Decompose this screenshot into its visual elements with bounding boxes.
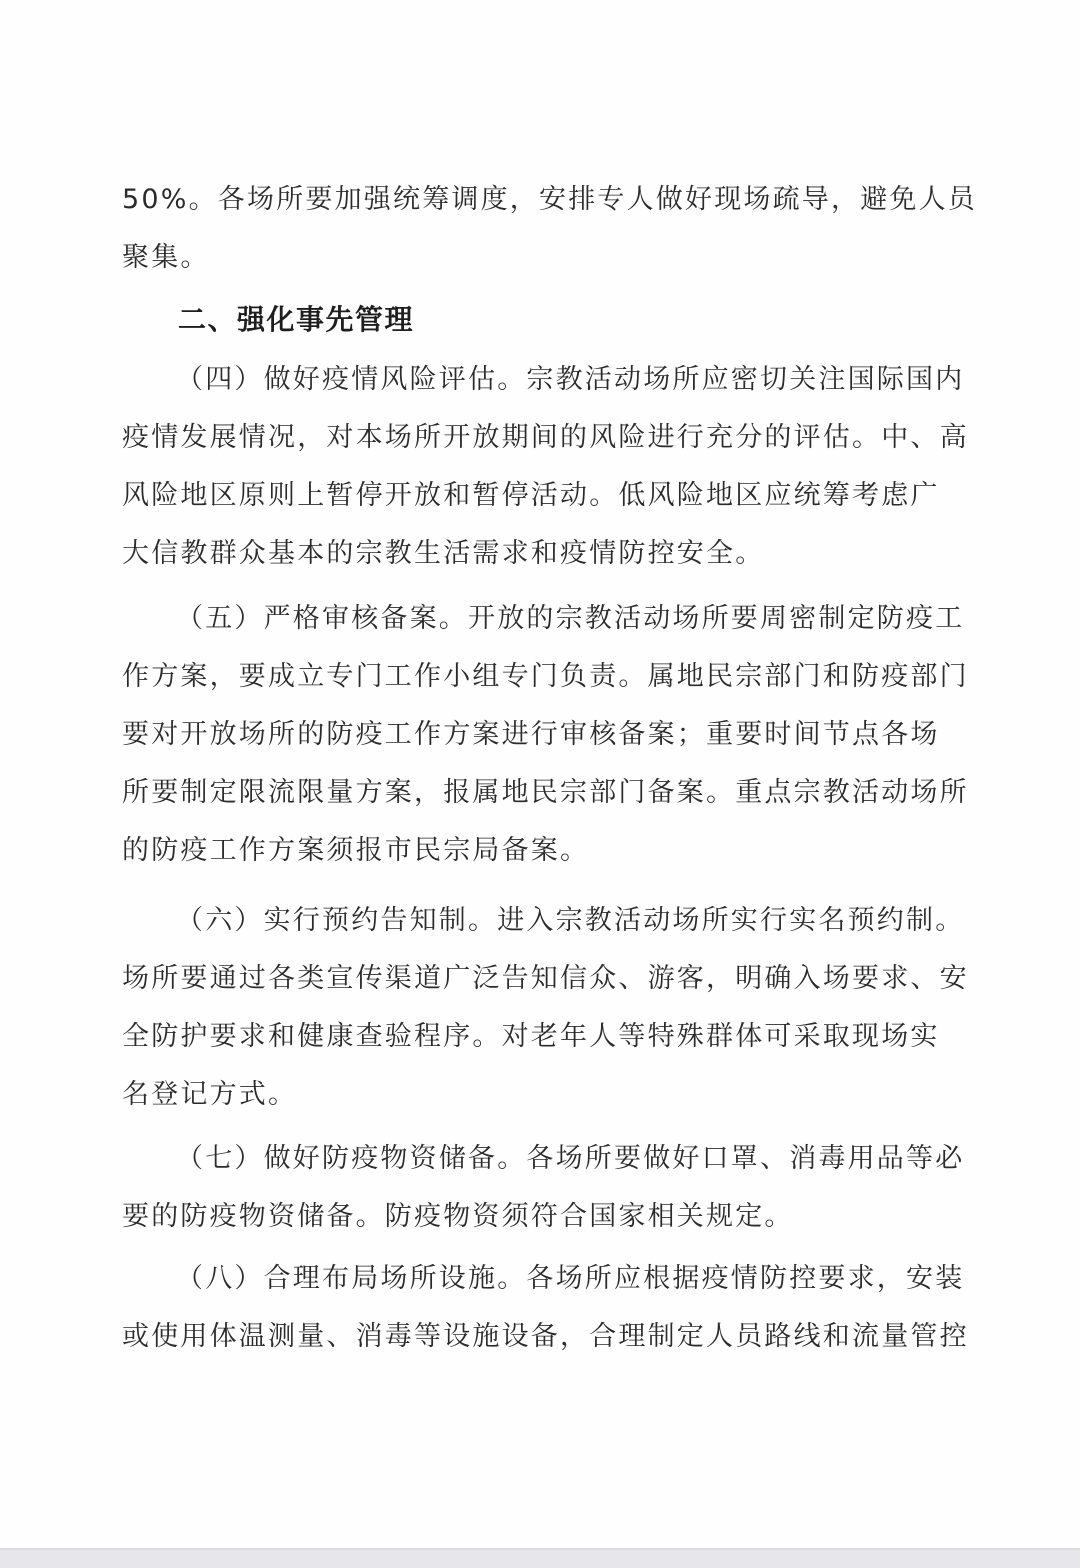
text-line: 作方案，要成立专门工作小组专门负责。属地民宗部门和防疫部门	[122, 659, 969, 695]
text-line: （六）实行预约告知制。进入宗教活动场所实行实名预约制。	[176, 903, 964, 939]
text-line: 要对开放场所的防疫工作方案进行审核备案；重要时间节点各场	[122, 717, 940, 753]
text-line: （七）做好防疫物资储备。各场所要做好口罩、消毒用品等必	[176, 1141, 964, 1177]
text-line: （四）做好疫情风险评估。宗教活动场所应密切关注国际国内	[176, 362, 964, 398]
text-line: （八）合理布局场所设施。各场所应根据疫情防控要求，安装	[176, 1261, 964, 1297]
text-line: 名登记方式。	[122, 1077, 297, 1113]
document-page: 二、强化事先管理 50%。各场所要加强统筹调度，安排专人做好现场疏导，避免人员聚…	[0, 0, 1080, 1548]
text-line: 疫情发展情况，对本场所开放期间的风险进行充分的评估。中、高	[122, 420, 969, 456]
bottom-toolbar-edge	[0, 1548, 1080, 1568]
text-line: 所要制定限流限量方案，报属地民宗部门备案。重点宗教活动场所	[122, 775, 969, 811]
text-line: （五）严格审核备案。开放的宗教活动场所要周密制定防疫工	[176, 601, 964, 637]
text-line: 要的防疫物资储备。防疫物资须符合国家相关规定。	[122, 1199, 794, 1235]
text-line: 全防护要求和健康查验程序。对老年人等特殊群体可采取现场实	[122, 1019, 940, 1055]
text-line: 的防疫工作方案须报市民宗局备案。	[122, 833, 589, 869]
text-line: 风险地区原则上暂停开放和暂停活动。低风险地区应统筹考虑广	[122, 478, 940, 514]
text-line: 或使用体温测量、消毒等设施设备，合理制定人员路线和流量管控	[122, 1319, 969, 1355]
text-line: 大信教群众基本的宗教生活需求和疫情防控安全。	[122, 536, 764, 572]
text-line: 50%。各场所要加强统筹调度，安排专人做好现场疏导，避免人员	[122, 182, 977, 218]
text-line: 聚集。	[122, 240, 210, 276]
text-line: 场所要通过各类宣传渠道广泛告知信众、游客，明确入场要求、安	[122, 961, 969, 997]
section-heading: 二、强化事先管理	[178, 302, 414, 338]
